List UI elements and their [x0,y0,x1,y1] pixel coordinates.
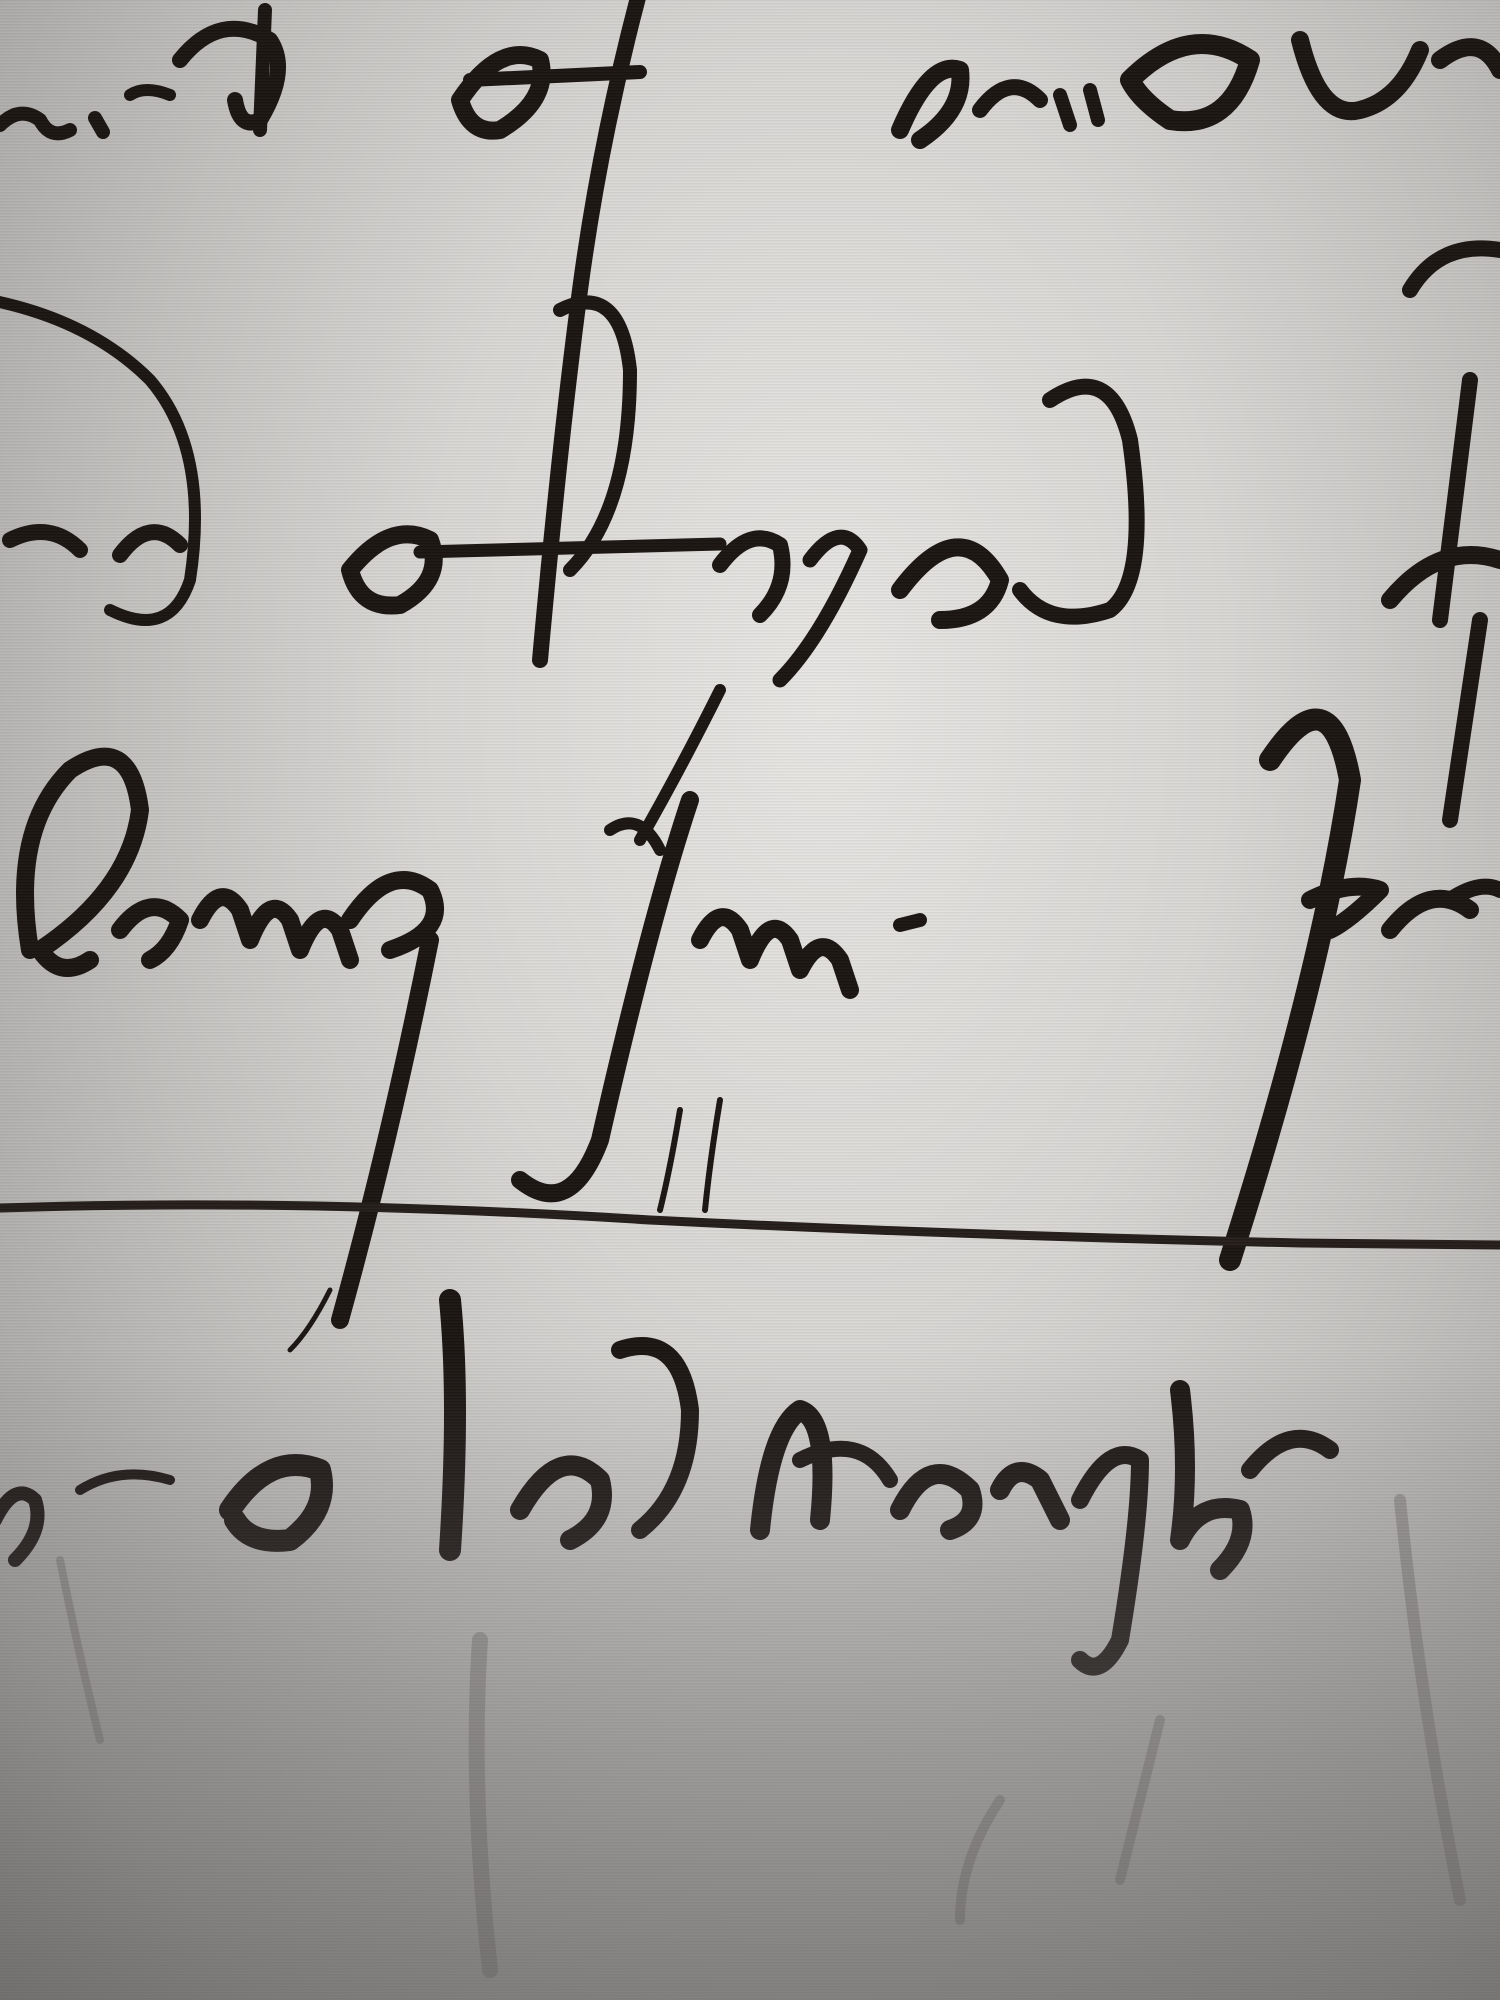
bleed-through-marks [60,1500,1460,1970]
line-4-strokes [0,1300,1330,1667]
ruled-line [0,1205,1500,1245]
line-2-strokes [0,248,1500,680]
descender-strokes [290,1100,720,1350]
line-1-strokes [0,0,1500,660]
manuscript-page: …u.cd of ca..d… …d of ryd… Lamp sum fra…… [0,0,1500,2000]
line-3-strokes [25,620,1500,1320]
handwriting-ink [0,0,1500,2000]
